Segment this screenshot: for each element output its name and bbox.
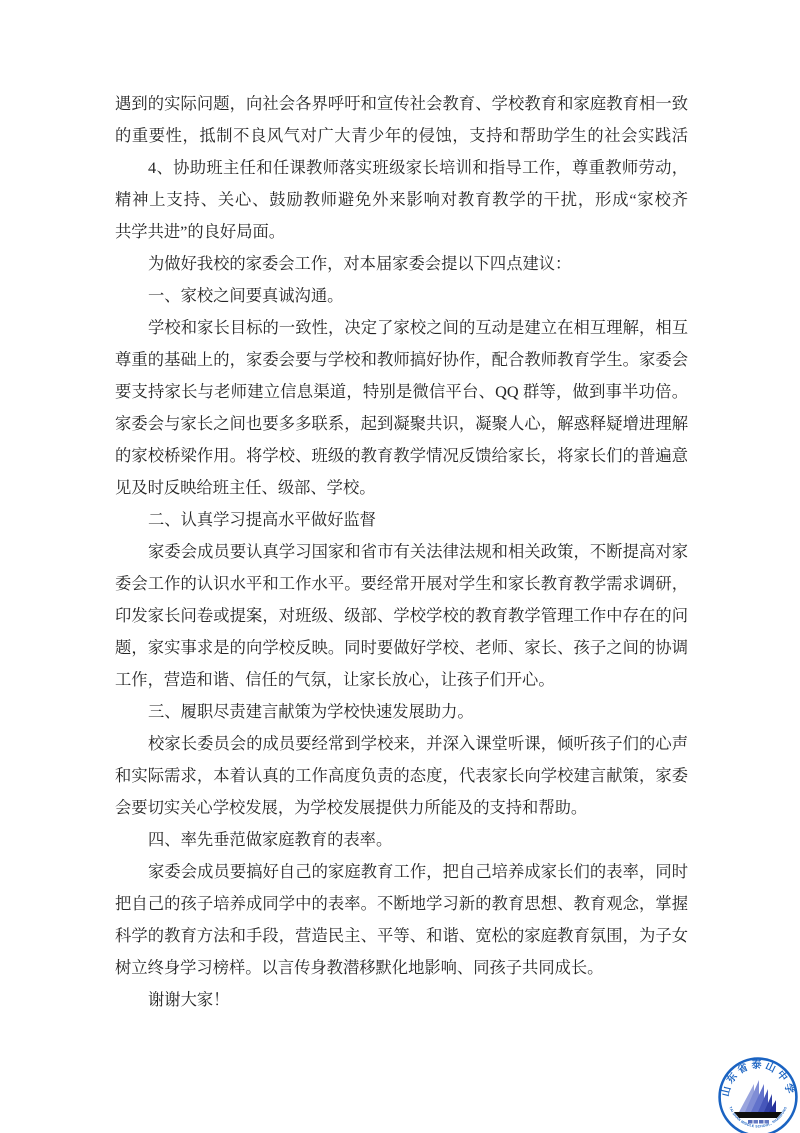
text-line: 家委会与家长之间也要多多联系，起到凝聚共识，凝聚人心，解惑释疑增进理解 <box>115 408 688 440</box>
text-line: 工作，营造和谐、信任的气氛，让家长放心，让孩子们开心。 <box>115 664 688 696</box>
text-line: 为做好我校的家委会工作，对本届家委会提以下四点建议： <box>115 248 688 280</box>
text-line: 4、协助班主任和任课教师落实班级家长培训和指导工作，尊重教师劳动， <box>115 152 688 184</box>
text-line: 见及时反映给班主任、级部、学校。 <box>115 472 688 504</box>
text-line: 校家长委员会的成员要经常到学校来，并深入课堂听课，倾听孩子们的心声 <box>115 728 688 760</box>
text-line: 学校和家长目标的一致性，决定了家校之间的互动是建立在相互理解，相互 <box>115 312 688 344</box>
text-line: 精神上支持、关心、鼓励教师避免外来影响对教育教学的干扰，形成“家校齐心、 <box>115 184 688 216</box>
text-line: 委会工作的认识水平和工作水平。要经常开展对学生和家长教育教学需求调研， <box>115 568 688 600</box>
text-line: 题，家实事求是的向学校反映。同时要做好学校、老师、家长、孩子之间的协调 <box>115 632 688 664</box>
text-line: 的家校桥梁作用。将学校、班级的教育教学情况反馈给家长，将家长们的普遍意 <box>115 440 688 472</box>
text-line: 印发家长问卷或提案，对班级、级部、学校学校的教育教学管理工作中存在的问 <box>115 600 688 632</box>
logo-base <box>734 1112 782 1118</box>
text-line: 尊重的基础上的，家委会要与学校和教师搞好协作，配合教师教育学生。家委会 <box>115 344 688 376</box>
text-line: 把自己的孩子培养成同学中的表率。不断地学习新的教育思想、教育观念，掌握 <box>115 888 688 920</box>
text-line: 科学的教育方法和手段，营造民主、平等、和谐、宽松的家庭教育氛围，为子女 <box>115 920 688 952</box>
text-line: 和实际需求，本着认真的工作高度负责的态度，代表家长向学校建言献策，家委 <box>115 760 688 792</box>
text-line: 家委会成员要认真学习国家和省市有关法律法规和相关政策，不断提高对家 <box>115 536 688 568</box>
text-line: 的重要性，抵制不良风气对广大青少年的侵蚀，支持和帮助学生的社会实践活动。 <box>115 120 688 152</box>
text-line: 要支持家长与老师建立信息渠道，特别是微信平台、QQ 群等，做到事半功倍。 <box>115 376 688 408</box>
text-line: 会要切实关心学校发展，为学校发展提供力所能及的支持和帮助。 <box>115 792 688 824</box>
document-page: 遇到的实际问题，向社会各界呼吁和宣传社会教育、学校教育和家庭教育相一致的重要性，… <box>0 0 800 1133</box>
school-logo: 山东省泰山中学 TAI SHAN MIDDLE SCHOOL, SHANDONG <box>718 1057 798 1133</box>
school-badge-icon: 山东省泰山中学 TAI SHAN MIDDLE SCHOOL, SHANDONG <box>718 1057 798 1133</box>
text-line: 一、家校之间要真诚沟通。 <box>115 280 688 312</box>
text-line: 二、认真学习提高水平做好监督 <box>115 504 688 536</box>
text-line: 三、履职尽责建言献策为学校快速发展助力。 <box>115 696 688 728</box>
text-line: 谢谢大家！ <box>115 984 688 1016</box>
text-line: 共学共进”的良好局面。 <box>115 216 688 248</box>
text-line: 四、率先垂范做家庭教育的表率。 <box>115 824 688 856</box>
text-line: 家委会成员要搞好自己的家庭教育工作，把自己培养成家长们的表率，同时 <box>115 856 688 888</box>
text-line: 树立终身学习榜样。以言传身教潜移默化地影响、同孩子共同成长。 <box>115 952 688 984</box>
document-text: 遇到的实际问题，向社会各界呼吁和宣传社会教育、学校教育和家庭教育相一致的重要性，… <box>115 88 688 1016</box>
text-line: 遇到的实际问题，向社会各界呼吁和宣传社会教育、学校教育和家庭教育相一致 <box>115 88 688 120</box>
